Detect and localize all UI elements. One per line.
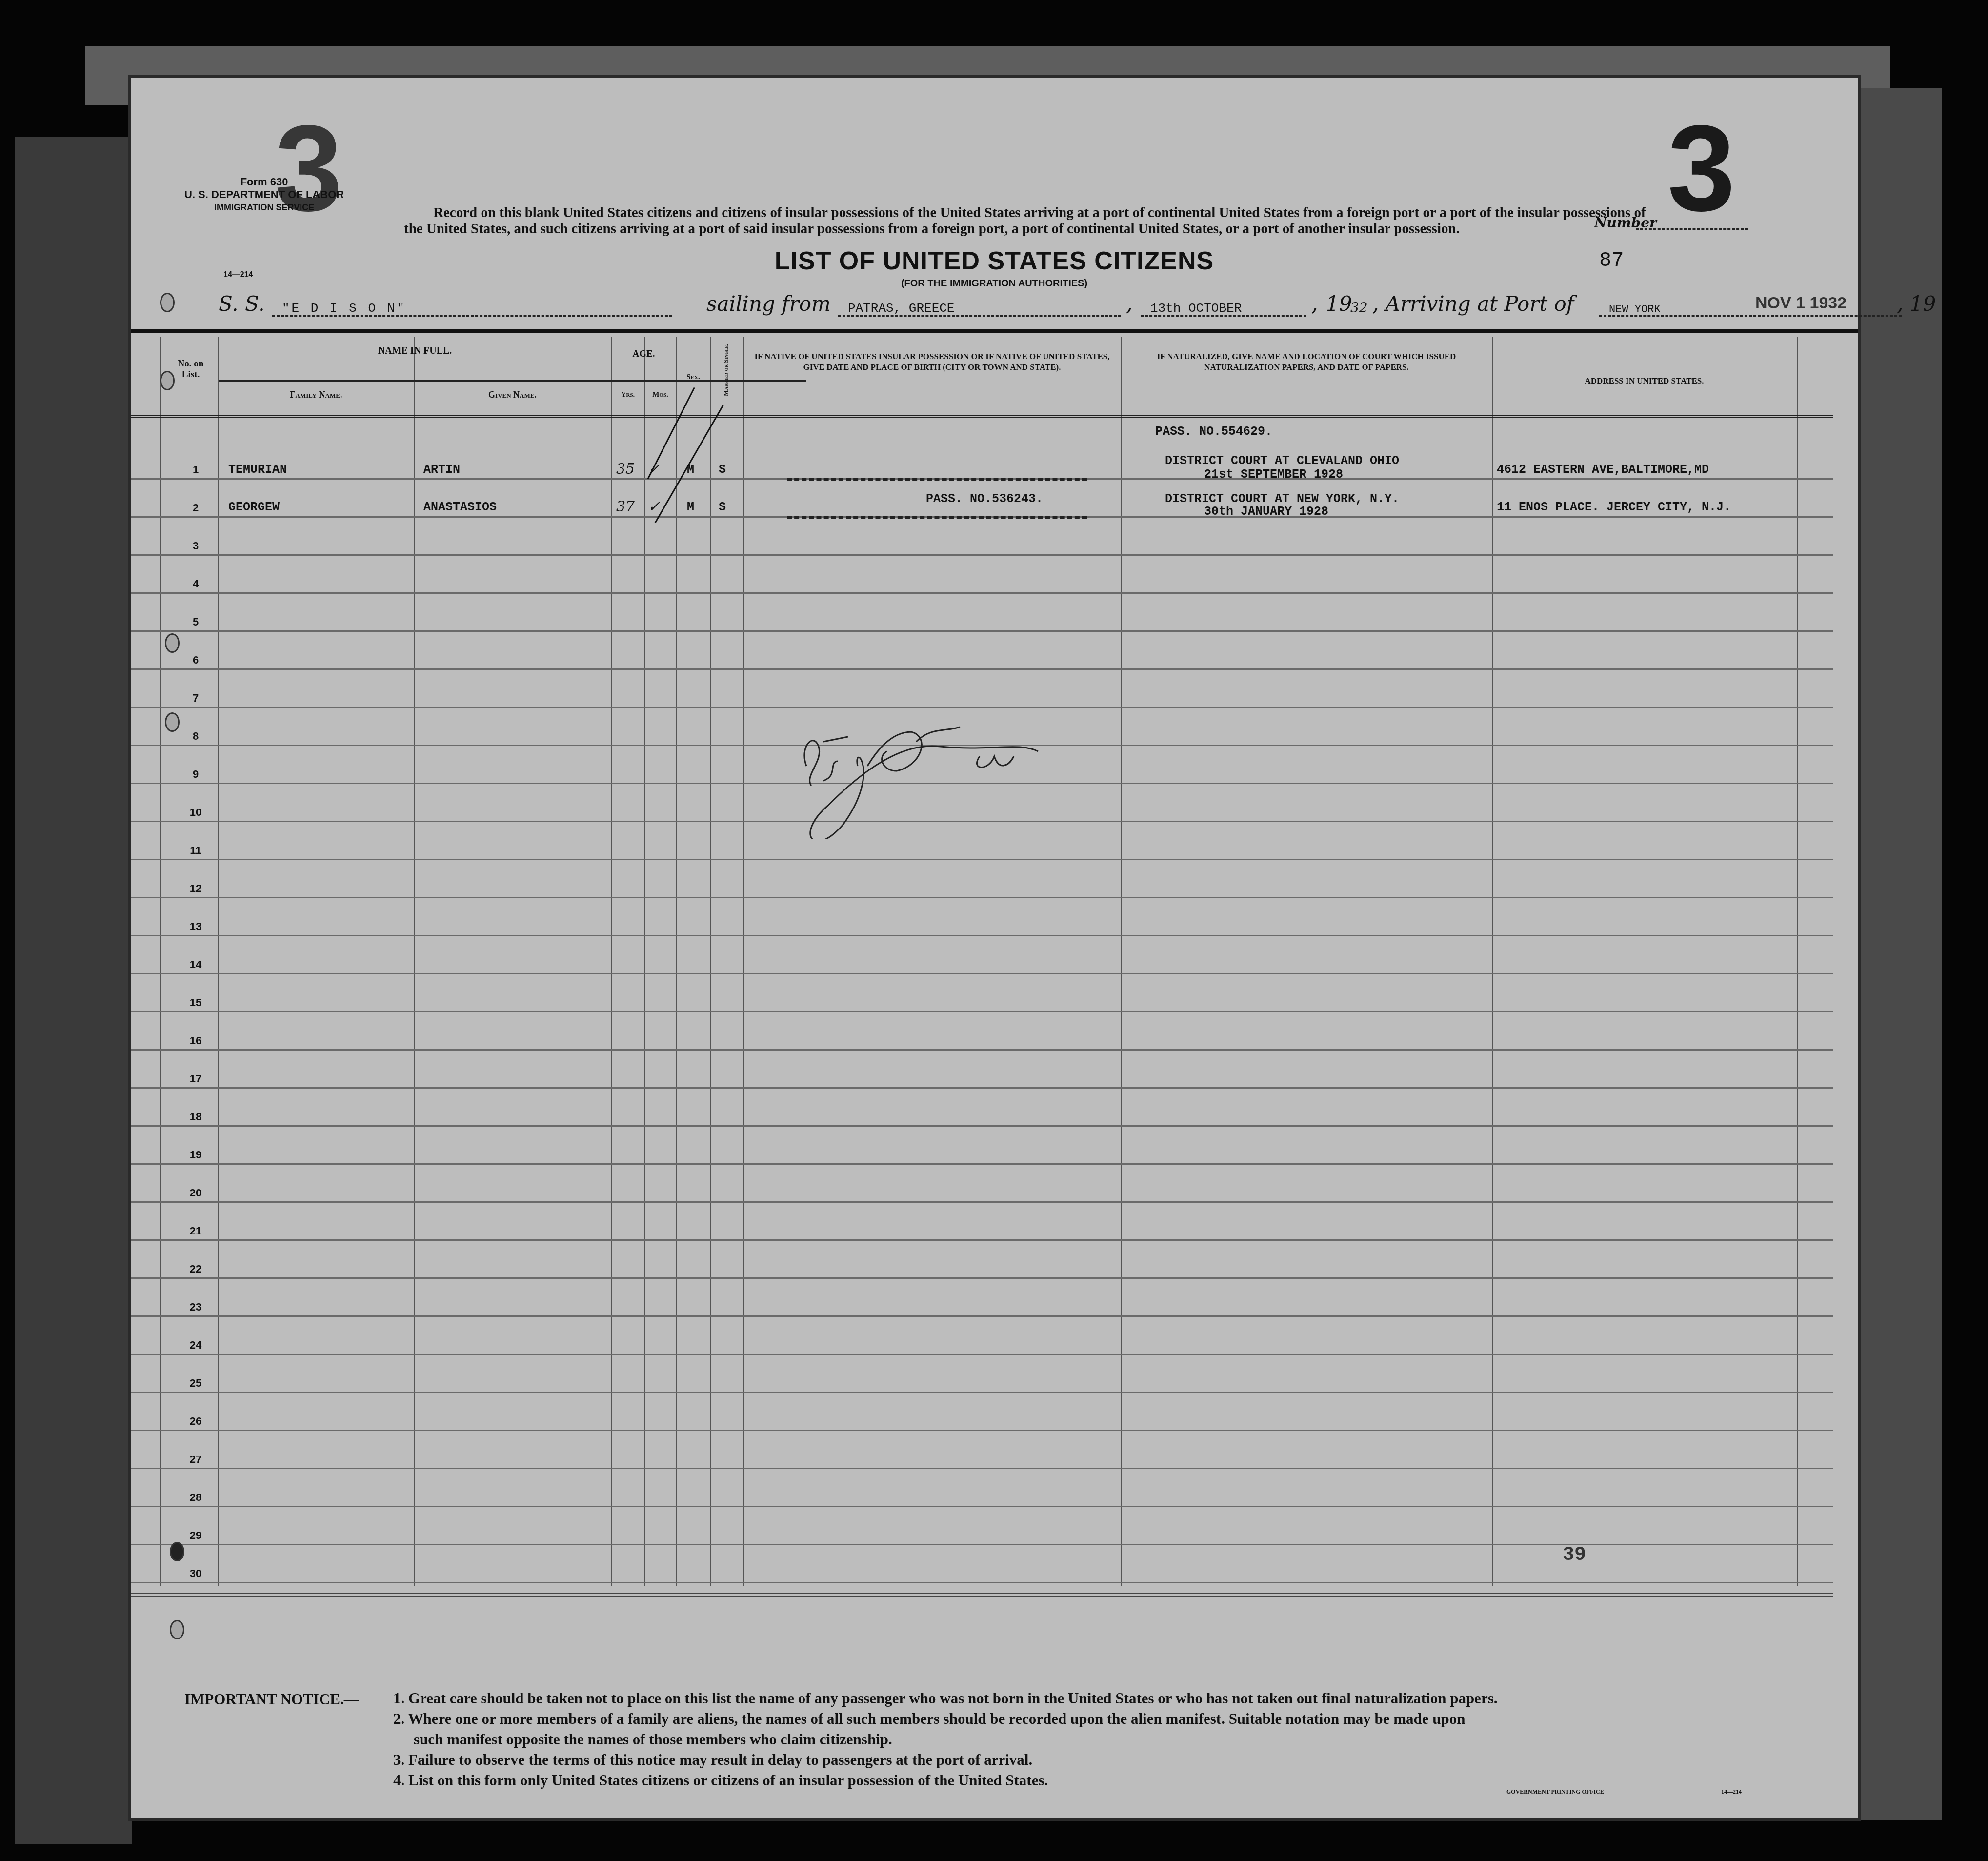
row-number: 25 (188, 1377, 203, 1390)
row-number: 13 (188, 920, 203, 933)
header-name-in-full: NAME IN FULL. (219, 345, 611, 356)
row-number: 18 (188, 1111, 203, 1123)
form-number: Form 630 (184, 176, 344, 188)
notice-item-2-cont: such manifest opposite the names of thos… (414, 1729, 892, 1750)
sailing-label: sailing from (706, 292, 831, 316)
row-number: 20 (188, 1187, 203, 1199)
age-yrs-row2: 37 (616, 498, 635, 515)
voyage-line: S. S. "E D I S O N" sailing from PATRAS,… (219, 290, 1828, 320)
table-bottom-rule (131, 1593, 1833, 1597)
row-rule (131, 1011, 1833, 1012)
printer-credit: GOVERNMENT PRINTING OFFICE (1506, 1788, 1604, 1796)
row-number: 27 (188, 1453, 203, 1466)
row-number: 8 (188, 730, 203, 743)
header-age: AGE. (611, 349, 676, 360)
form-identifier: Form 630 U. S. DEPARTMENT OF LABOR IMMIG… (184, 176, 344, 214)
birth-row2: PASS. NO.536243. (926, 492, 1043, 506)
given-name-row1: ARTIN (423, 463, 460, 477)
binding-hole (170, 1542, 184, 1561)
marital-row1: S (719, 463, 726, 477)
row-number: 23 (188, 1301, 203, 1314)
row-number: 16 (188, 1034, 203, 1047)
manifest-page: 3 Form 630 U. S. DEPARTMENT OF LABOR IMM… (131, 78, 1858, 1818)
header-bottom-rule (131, 415, 1833, 418)
row-number: 10 (188, 806, 203, 819)
row-number: 7 (188, 692, 203, 705)
header-given-name: Given Name. (414, 389, 611, 400)
printer-code: 14—214 (1721, 1788, 1742, 1796)
name-header-rule (219, 380, 806, 382)
passport-number-row1: PASS. NO.554629. (1155, 425, 1272, 439)
row-number: 1 (188, 464, 203, 476)
row-rule (131, 973, 1833, 974)
row-rule (131, 668, 1833, 670)
row-number: 4 (188, 578, 203, 590)
row-rule (131, 1277, 1833, 1279)
row-number: 5 (188, 616, 203, 628)
stamp-number-right: 3 (1667, 107, 1735, 229)
header-birth: IF NATIVE OF UNITED STATES INSULAR POSSE… (750, 351, 1114, 373)
row-number: 11 (188, 844, 203, 857)
binding-hole (165, 633, 180, 653)
court-row1: DISTRICT COURT AT CLEVALAND OHIO (1165, 454, 1399, 468)
row-number: 6 (188, 654, 203, 667)
row-rule (131, 1087, 1833, 1089)
arriving-label: , Arriving at Port of (1372, 292, 1574, 316)
notice-item-1: 1. Great care should be taken not to pla… (393, 1688, 1497, 1709)
row-number: 17 (188, 1072, 203, 1085)
header-family-name: Family Name. (219, 389, 414, 400)
row-rule (131, 1163, 1833, 1165)
row-rule (131, 1125, 1833, 1127)
list-number: 87 (1599, 249, 1624, 272)
underlying-page-right (1859, 88, 1942, 1820)
family-name-row2: GEORGEW (228, 500, 280, 514)
row-rule (131, 1315, 1833, 1317)
notice-item-4: 4. List on this form only United States … (393, 1770, 1048, 1791)
binding-hole (160, 293, 175, 312)
row-number: 21 (188, 1225, 203, 1237)
sex-row1: M (687, 463, 694, 477)
row-rule (131, 897, 1833, 898)
row-rule (131, 1582, 1833, 1583)
given-name-row2: ANASTASIOS (423, 500, 497, 514)
page-subtitle: (FOR THE IMMIGRATION AUTHORITIES) (131, 278, 1858, 289)
service-name: IMMIGRATION SERVICE (184, 201, 344, 214)
row-rule (131, 630, 1833, 632)
row-number: 26 (188, 1415, 203, 1428)
row-rule (131, 1354, 1833, 1355)
binding-hole (165, 712, 180, 732)
row-rule (131, 1468, 1833, 1469)
passenger-table: No. on List. NAME IN FULL. Family Name. … (131, 337, 1833, 1586)
row-number: 9 (188, 768, 203, 781)
arrival-date-stamp: NOV 1 1932 (1755, 294, 1847, 313)
row-rule (131, 1506, 1833, 1507)
row-rule (131, 1239, 1833, 1241)
age-mos-row1: ✓ (648, 461, 660, 478)
year-prefix: 19 (1326, 292, 1352, 316)
row-rule (131, 1392, 1833, 1393)
row-number: 24 (188, 1339, 203, 1352)
underlying-page-left (15, 137, 132, 1844)
notice-lead: IMPORTANT NOTICE.— (184, 1689, 359, 1710)
header-married-single: Married or Single. (722, 336, 730, 404)
row-number: 28 (188, 1491, 203, 1504)
row-number: 29 (188, 1529, 203, 1542)
header-naturalized: IF NATURALIZED, GIVE NAME AND LOCATION O… (1128, 351, 1485, 373)
port-to: NEW YORK (1609, 303, 1661, 316)
binding-hole (170, 1620, 184, 1639)
ship-name: "E D I S O N" (282, 301, 406, 316)
row-number: 3 (188, 540, 203, 552)
row-number: 2 (188, 502, 203, 514)
birth-blank-row2 (787, 516, 1087, 519)
row-rule (131, 554, 1833, 556)
row-rule (131, 859, 1833, 860)
header-mos: Mos. (644, 389, 676, 400)
date-sailed: 13th OCTOBER (1150, 301, 1242, 316)
header-yrs: Yrs. (611, 389, 644, 400)
header-no-on-list: No. on List. (169, 359, 213, 380)
port-from: PATRAS, GREECE (848, 301, 954, 316)
court-date-row1: 21st SEPTEMBER 1928 (1204, 467, 1343, 482)
notice-item-3: 3. Failure to observe the terms of this … (393, 1750, 1032, 1770)
row-number: 30 (188, 1567, 203, 1580)
year-suffix: 32 (1350, 300, 1368, 316)
row-rule (131, 592, 1833, 594)
address-row1: 4612 EASTERN AVE,BALTIMORE,MD (1497, 463, 1709, 477)
age-yrs-row1: 35 (616, 461, 635, 478)
row-rule (131, 935, 1833, 936)
department-name: U. S. DEPARTMENT OF LABOR (184, 188, 344, 201)
row-number: 22 (188, 1263, 203, 1275)
birth-blank-row1 (787, 478, 1087, 481)
row-rule (131, 707, 1833, 708)
header-address: ADDRESS IN UNITED STATES. (1497, 376, 1792, 386)
row-number: 15 (188, 996, 203, 1009)
row-number: 14 (188, 958, 203, 971)
record-instructions: Record on this blank United States citiz… (404, 205, 1653, 237)
page-title: LIST OF UNITED STATES CITIZENS (131, 246, 1858, 276)
sex-row2: M (687, 500, 694, 514)
court-date-row2: 30th JANUARY 1928 (1204, 505, 1328, 519)
age-mos-row2: ✓ (648, 498, 660, 515)
binding-hole (160, 371, 175, 390)
page-number: 39 (1563, 1544, 1586, 1566)
header-sex: Sex. (676, 372, 710, 383)
marital-row2: S (719, 500, 726, 514)
row-number: 19 (188, 1149, 203, 1161)
inspector-signature (784, 712, 1058, 839)
family-name-row1: TEMURIAN (228, 463, 287, 477)
court-row2: DISTRICT COURT AT NEW YORK, N.Y. (1165, 492, 1399, 506)
notice-item-2: 2. Where one or more members of a family… (393, 1709, 1466, 1729)
row-rule (131, 1430, 1833, 1431)
row-rule (131, 1201, 1833, 1203)
header-rule (131, 329, 1858, 333)
row-rule (131, 1049, 1833, 1051)
row-number: 12 (188, 882, 203, 895)
address-row2: 11 ENOS PLACE. JERCEY CITY, N.J. (1497, 500, 1731, 514)
ss-label: S. S. (219, 292, 265, 316)
date-label: , 19 (1897, 292, 1936, 316)
